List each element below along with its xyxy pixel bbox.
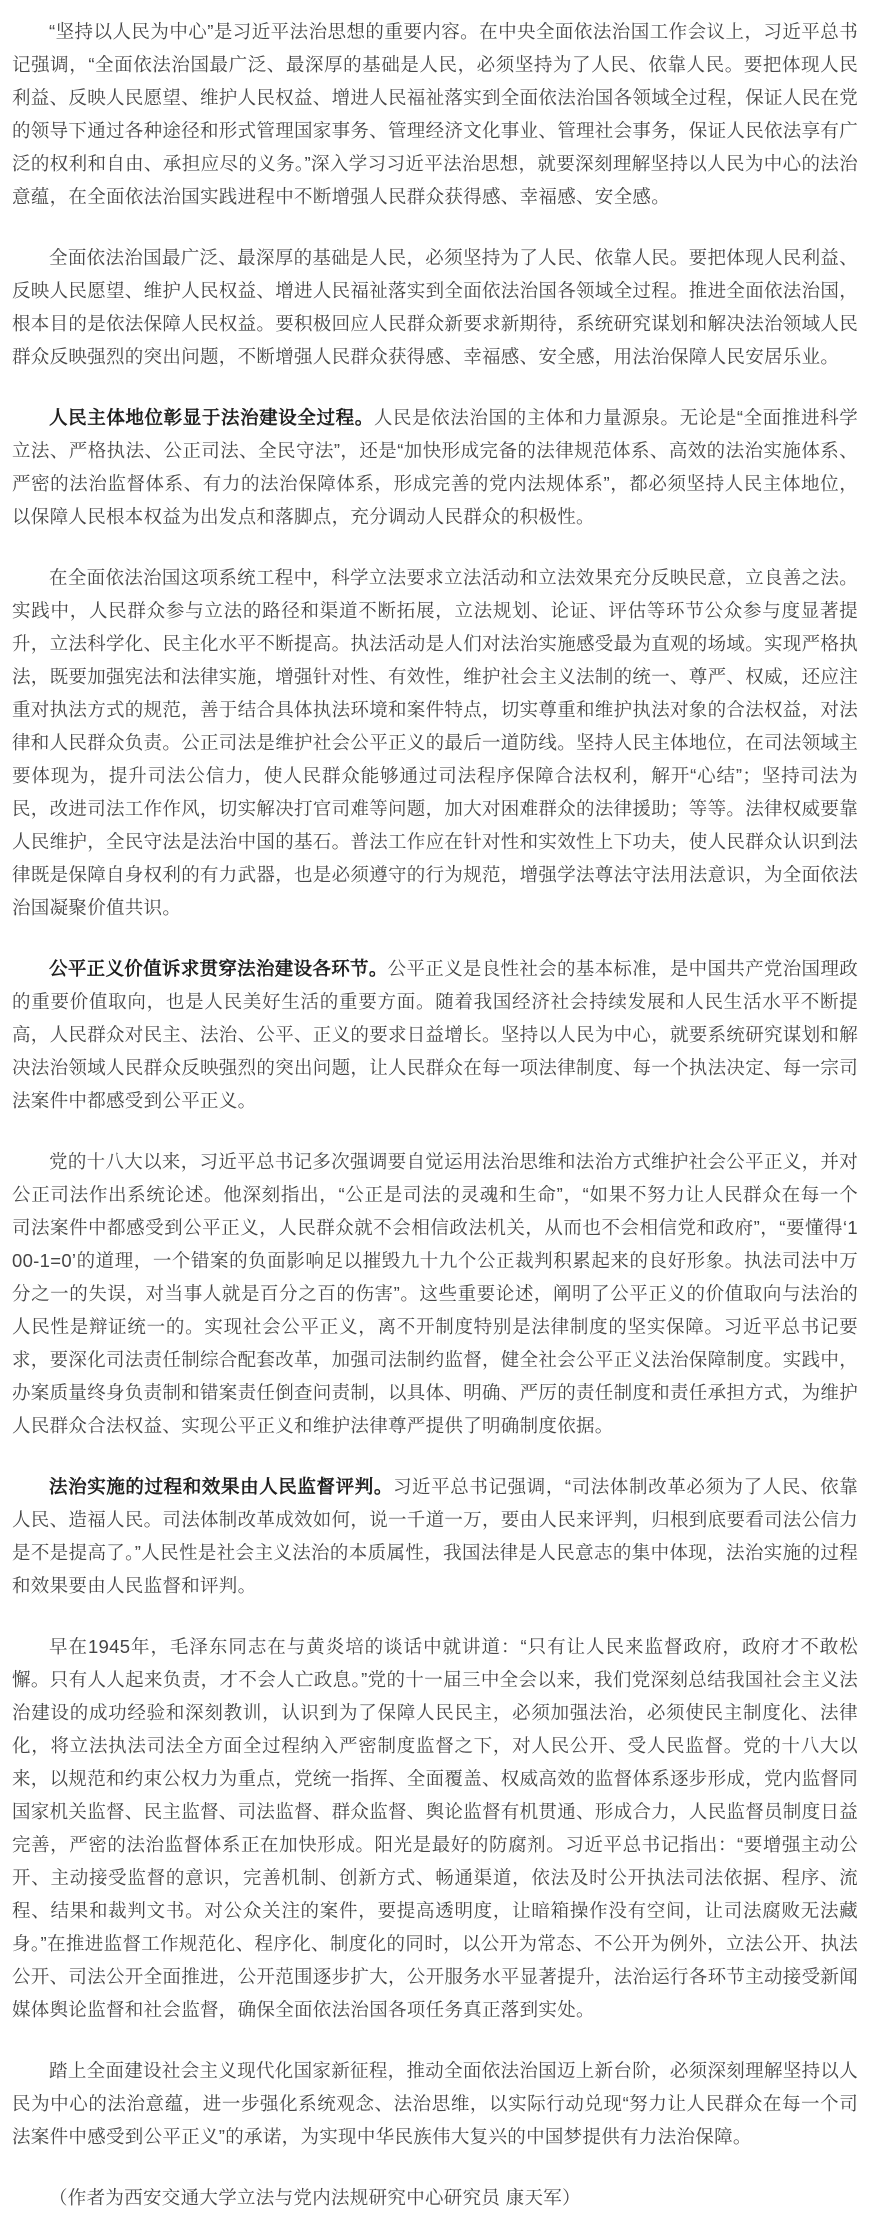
paragraph-text: 党的十八大以来，习近平总书记多次强调要自觉运用法治思维和法治方式维护社会公平正义… [12,1151,858,1436]
paragraph: 踏上全面建设社会主义现代化国家新征程，推动全面依法治国迈上新台阶，必须深刻理解坚… [12,2054,858,2153]
paragraph-text: 早在1945年，毛泽东同志在与黄炎培的谈话中就讲道：“只有让人民来监督政府，政府… [12,1636,858,2020]
paragraph: “坚持以人民为中心”是习近平法治思想的重要内容。在中央全面依法治国工作会议上，习… [12,15,858,213]
paragraph: 早在1945年，毛泽东同志在与黄炎培的谈话中就讲道：“只有让人民来监督政府，政府… [12,1630,858,2026]
paragraph-text: 全面依法治国最广泛、最深厚的基础是人民，必须坚持为了人民、依靠人民。要把体现人民… [12,247,858,367]
paragraph: 党的十八大以来，习近平总书记多次强调要自觉运用法治思维和法治方式维护社会公平正义… [12,1145,858,1442]
paragraph-text: “坚持以人民为中心”是习近平法治思想的重要内容。在中央全面依法治国工作会议上，习… [12,21,858,207]
paragraph-lead: 人民主体地位彰显于法治建设全过程。 [49,407,374,428]
paragraph-lead: 法治实施的过程和效果由人民监督评判。 [49,1476,393,1497]
paragraph-text: 公平正义是良性社会的基本标准，是中国共产党治国理政的重要价值取向，也是人民美好生… [12,958,858,1111]
author-line: （作者为西安交通大学立法与党内法规研究中心研究员 康天军） [12,2181,858,2214]
paragraph: 在全面依法治国这项系统工程中，科学立法要求立法活动和立法效果充分反映民意，立良善… [12,561,858,924]
paragraph-text: 踏上全面建设社会主义现代化国家新征程，推动全面依法治国迈上新台阶，必须深刻理解坚… [12,2060,858,2147]
article-body: “坚持以人民为中心”是习近平法治思想的重要内容。在中央全面依法治国工作会议上，习… [0,0,878,2240]
paragraph: 公平正义价值诉求贯穿法治建设各环节。公平正义是良性社会的基本标准，是中国共产党治… [12,952,858,1117]
paragraph: 全面依法治国最广泛、最深厚的基础是人民，必须坚持为了人民、依靠人民。要把体现人民… [12,241,858,373]
paragraph: 人民主体地位彰显于法治建设全过程。人民是依法治国的主体和力量源泉。无论是“全面推… [12,401,858,533]
paragraph-text: 在全面依法治国这项系统工程中，科学立法要求立法活动和立法效果充分反映民意，立良善… [12,567,858,918]
paragraph: 法治实施的过程和效果由人民监督评判。习近平总书记强调，“司法体制改革必须为了人民… [12,1470,858,1602]
paragraph-lead: 公平正义价值诉求贯穿法治建设各环节。 [49,958,388,979]
